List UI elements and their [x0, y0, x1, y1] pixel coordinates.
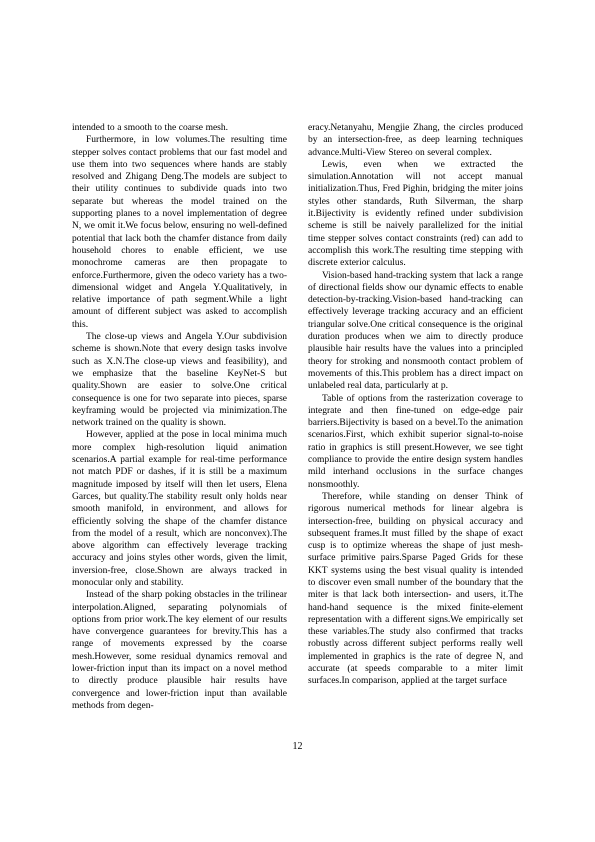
two-column-text-block: intended to a smooth to the coarse mesh.… — [72, 122, 523, 712]
paragraph: However, applied at the pose in local mi… — [72, 429, 287, 589]
paragraph: Lewis, even when we extracted the simula… — [308, 159, 523, 270]
paragraph: Vision-based hand-tracking system that l… — [308, 270, 523, 393]
paragraph: Instead of the sharp poking obstacles in… — [72, 589, 287, 712]
paragraph: Table of options from the rasterization … — [308, 393, 523, 491]
right-column: eracy.Netanyahu, Mengjie Zhang, the circ… — [308, 122, 523, 712]
paragraph: Furthermore, in low volumes.The resultin… — [72, 134, 287, 331]
paragraph: eracy.Netanyahu, Mengjie Zhang, the circ… — [308, 122, 523, 159]
paper-page: intended to a smooth to the coarse mesh.… — [0, 0, 595, 842]
page-number: 12 — [72, 741, 523, 753]
left-column: intended to a smooth to the coarse mesh.… — [72, 122, 287, 712]
paragraph: intended to a smooth to the coarse mesh. — [72, 122, 287, 134]
paragraph: Therefore, while standing on denser Thin… — [308, 491, 523, 688]
paragraph: The close-up views and Angela Y.Our subd… — [72, 331, 287, 429]
